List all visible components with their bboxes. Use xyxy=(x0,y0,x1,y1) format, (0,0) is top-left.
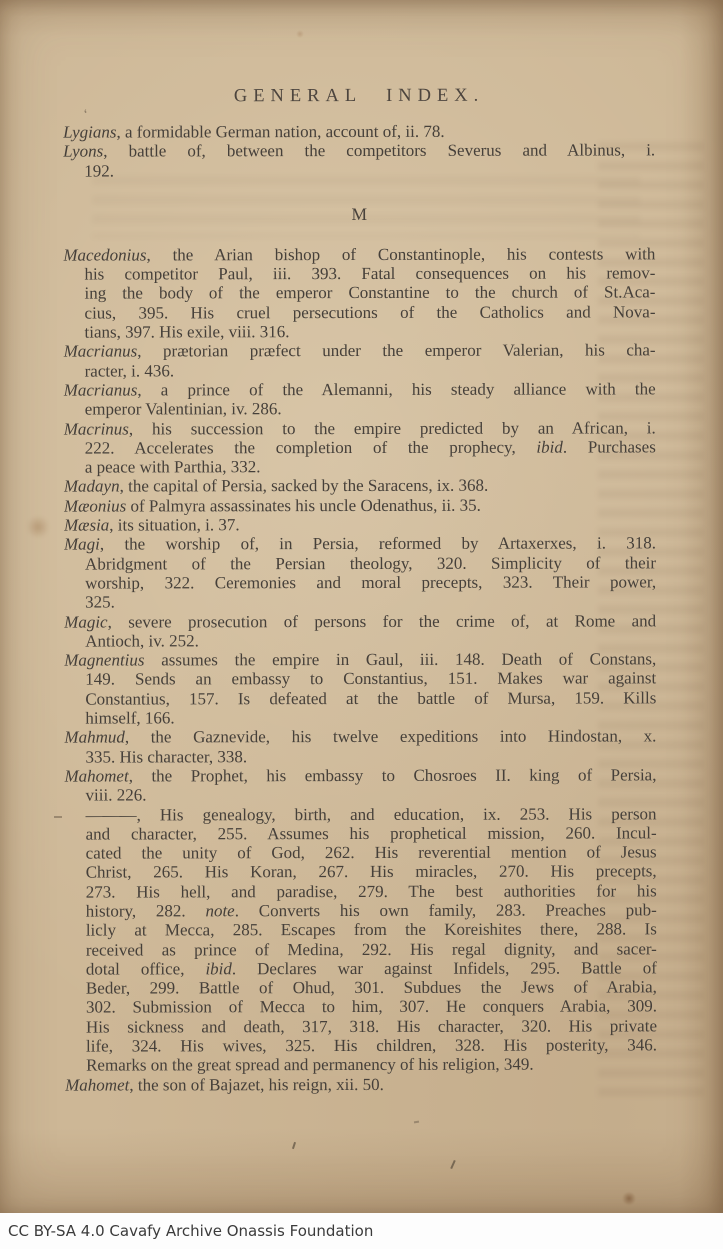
index-line: Mahomet, the Prophet, his embassy to Cho… xyxy=(64,765,656,786)
index-line: Macrianus, a prince of the Alemanni, his… xyxy=(64,379,656,400)
index-text: , battle of, between the competitors Sev… xyxy=(103,141,655,161)
index-line: Macrinus, his succession to the empire p… xyxy=(64,418,656,439)
index-text: 192. xyxy=(84,161,114,180)
index-term: Mahomet xyxy=(65,1075,129,1094)
index-text: 325. xyxy=(85,593,115,612)
index-line: Mahomet, the son of Bajazet, his reign, … xyxy=(65,1074,657,1095)
index-text: , a prince of the Alemanni, his steady a… xyxy=(137,379,655,399)
foxing-stain xyxy=(622,1192,636,1205)
index-line: Constantius, 157. Is defeated at the bat… xyxy=(64,688,656,709)
index-line: 222. Accelerates the completion of the p… xyxy=(64,437,656,458)
index-term: ibid xyxy=(536,437,562,456)
index-line: tians, 397. His exile, viii. 316. xyxy=(64,321,656,342)
index-line: Mæsia, its situation, i. 37. xyxy=(64,514,656,535)
index-text: , the Gaznevide, his twelve expeditions … xyxy=(125,727,657,747)
index-text: emperor Valentinian, iv. 286. xyxy=(85,399,282,418)
index-text: . Purchases xyxy=(563,437,656,456)
index-term: Mahmud xyxy=(64,728,124,747)
index-line: Lyons, battle of, between the competitor… xyxy=(63,141,655,162)
index-line: racter, i. 436. xyxy=(64,360,656,381)
index-line: emperor Valentinian, iv. 286. xyxy=(64,399,656,420)
index-text: , the worship of, in Persia, reformed by… xyxy=(100,534,656,554)
index-text: dotal office, xyxy=(86,959,206,978)
index-term: Mæsia xyxy=(64,516,109,535)
index-line: Remarks on the great spread and permanen… xyxy=(65,1055,657,1076)
index-entries-l: Lygians, a formidable German nation, acc… xyxy=(63,121,655,180)
index-line: ing the body of the emperor Constantine … xyxy=(63,283,655,304)
index-term: Macedonius xyxy=(63,245,146,264)
index-line: worship, 322. Ceremonies and moral prece… xyxy=(64,572,656,593)
index-line: His sickness and death, 317, 318. His ch… xyxy=(65,1016,657,1037)
index-line: Lygians, a formidable German nation, acc… xyxy=(63,121,655,142)
index-text: cius, 395. His cruel persecutions of the… xyxy=(84,302,655,322)
index-text: Remarks on the great spread and permanen… xyxy=(86,1055,534,1075)
index-term: Madayn xyxy=(64,477,120,496)
index-text: . Declares war against Infidels, 295. Ba… xyxy=(232,958,657,978)
license-bar: CC BY-SA 4.0 Cavafy Archive Onassis Foun… xyxy=(0,1213,723,1249)
index-text: licly at Mecca, 285. Escapes from the Ko… xyxy=(86,920,657,940)
index-text: Abridgment of the Persian theology, 320.… xyxy=(85,553,656,573)
index-line: Christ, 265. His Koran, 267. His miracle… xyxy=(65,862,657,883)
index-text: his competitor Paul, iii. 393. Fatal con… xyxy=(84,264,655,284)
index-line: Abridgment of the Persian theology, 320.… xyxy=(64,553,656,574)
index-text: 335. His character, 338. xyxy=(85,747,247,766)
index-text: . Converts his own family, 283. Preaches… xyxy=(235,900,657,920)
section-heading: M xyxy=(63,204,655,224)
index-line: Magic, severe prosecution of persons for… xyxy=(64,611,656,632)
index-text: a peace with Parthia, 332. xyxy=(85,457,261,476)
index-line: Mæonius of Palmyra assassinates his uncl… xyxy=(64,495,656,516)
index-text: 302. Submission of Mecca to him, 307. He… xyxy=(86,997,657,1017)
index-line: Magi, the worship of, in Persia, reforme… xyxy=(64,534,656,555)
index-text: history, 282. xyxy=(86,901,206,920)
index-text: , his succession to the empire predicted… xyxy=(129,418,656,438)
ink-speck xyxy=(450,1160,455,1169)
index-text: , the Arian bishop of Constantinople, hi… xyxy=(146,244,655,264)
index-term: Magic xyxy=(64,612,107,631)
index-term: Lygians xyxy=(63,123,116,142)
index-text: 273. His hell, and paradise, 279. The be… xyxy=(86,881,657,901)
pen-mark xyxy=(54,816,62,818)
index-text: and character, 255. Assumes his propheti… xyxy=(86,823,657,843)
index-term: Mahomet xyxy=(64,766,128,785)
index-text: assumes the empire in Gaul, iii. 148. De… xyxy=(144,650,656,670)
index-line: 149. Sends an embassy to Constantius, 15… xyxy=(64,669,656,690)
scanned-page: ʻ GENERAL INDEX. Lygians, a formidable G… xyxy=(0,0,723,1213)
index-line: 192. xyxy=(63,160,655,181)
index-text: ———, His genealogy, birth, and education… xyxy=(86,804,657,824)
page-text-block: GENERAL INDEX. Lygians, a formidable Ger… xyxy=(63,0,657,1095)
index-term: Magi xyxy=(64,535,100,554)
index-term: Lyons xyxy=(63,142,103,161)
page-title: GENERAL INDEX. xyxy=(63,85,655,106)
index-line: cius, 395. His cruel persecutions of the… xyxy=(63,302,655,323)
index-line: Beder, 299. Battle of Ohud, 301. Subdues… xyxy=(65,978,657,999)
index-text: His sickness and death, 317, 318. His ch… xyxy=(86,1016,657,1036)
index-line: Magnentius assumes the empire in Gaul, i… xyxy=(64,650,656,671)
index-term: Macrinus xyxy=(64,419,129,438)
license-text: CC BY-SA 4.0 Cavafy Archive Onassis Foun… xyxy=(8,1222,373,1240)
index-text: life, 324. His wives, 325. His children,… xyxy=(86,1035,657,1055)
index-line: Mahmud, the Gaznevide, his twelve expedi… xyxy=(64,727,656,748)
index-text: Christ, 265. His Koran, 267. His miracle… xyxy=(86,862,657,882)
ink-speck xyxy=(292,1142,296,1149)
index-term: note xyxy=(205,901,234,920)
index-text: Antioch, iv. 252. xyxy=(85,631,199,650)
index-text: worship, 322. Ceremonies and moral prece… xyxy=(85,572,656,592)
index-text: , the Prophet, his embassy to Chosroes I… xyxy=(129,765,657,785)
index-line: 325. xyxy=(64,592,656,613)
index-line: Antioch, iv. 252. xyxy=(64,630,656,651)
index-text: , prætorian præfect under the emperor Va… xyxy=(137,341,655,361)
index-line: viii. 226. xyxy=(64,785,656,806)
index-text: of Palmyra assassinates his uncle Odenat… xyxy=(126,495,481,515)
index-line: Madayn, the capital of Persia, sacked by… xyxy=(64,476,656,497)
index-line: and character, 255. Assumes his propheti… xyxy=(65,823,657,844)
index-term: Mæonius xyxy=(64,496,126,515)
index-text: , a formidable German nation, account of… xyxy=(116,122,444,142)
index-line: himself, 166. xyxy=(64,707,656,728)
index-text: 149. Sends an embassy to Constantius, 15… xyxy=(85,669,656,689)
index-text: viii. 226. xyxy=(85,786,146,805)
index-text: received as prince of Medina, 292. His r… xyxy=(86,939,657,959)
index-text: , severe prosecution of persons for the … xyxy=(108,611,657,631)
index-text: tians, 397. His exile, viii. 316. xyxy=(85,322,290,341)
index-text: Beder, 299. Battle of Ohud, 301. Subdues… xyxy=(86,978,657,998)
index-text: , its situation, i. 37. xyxy=(109,515,239,534)
ink-speck xyxy=(414,1121,419,1124)
index-text: racter, i. 436. xyxy=(85,361,175,380)
index-line: Macrianus, prætorian præfect under the e… xyxy=(64,341,656,362)
index-text: ing the body of the emperor Constantine … xyxy=(84,283,655,303)
foxing-stain xyxy=(26,516,50,538)
index-line: dotal office, ibid. Declares war against… xyxy=(65,958,657,979)
index-line: cated the unity of God, 262. His reveren… xyxy=(65,842,657,863)
index-entries-m: Macedonius, the Arian bishop of Constant… xyxy=(63,244,657,1094)
index-line: history, 282. note. Converts his own fam… xyxy=(65,900,657,921)
index-line: 273. His hell, and paradise, 279. The be… xyxy=(65,881,657,902)
index-term: Macrianus xyxy=(64,342,138,361)
index-text: Constantius, 157. Is defeated at the bat… xyxy=(85,688,656,708)
index-line: Macedonius, the Arian bishop of Constant… xyxy=(63,244,655,265)
index-text: , the capital of Persia, sacked by the S… xyxy=(120,476,489,496)
index-line: his competitor Paul, iii. 393. Fatal con… xyxy=(63,264,655,285)
index-text: himself, 166. xyxy=(85,708,174,727)
index-line: a peace with Parthia, 332. xyxy=(64,457,656,478)
index-line: 302. Submission of Mecca to him, 307. He… xyxy=(65,997,657,1018)
index-line: life, 324. His wives, 325. His children,… xyxy=(65,1035,657,1056)
index-text: , the son of Bajazet, his reign, xii. 50… xyxy=(129,1075,384,1095)
index-text: cated the unity of God, 262. His reveren… xyxy=(86,842,657,862)
document-viewer: ʻ GENERAL INDEX. Lygians, a formidable G… xyxy=(0,0,723,1249)
index-term: Macrianus xyxy=(64,380,138,399)
index-line: ———, His genealogy, birth, and education… xyxy=(65,804,657,825)
index-line: 335. His character, 338. xyxy=(64,746,656,767)
index-line: received as prince of Medina, 292. His r… xyxy=(65,939,657,960)
index-text: 222. Accelerates the completion of the p… xyxy=(85,437,537,457)
index-term: Magnentius xyxy=(64,651,144,670)
index-line: licly at Mecca, 285. Escapes from the Ko… xyxy=(65,920,657,941)
index-term: ibid xyxy=(205,959,231,978)
